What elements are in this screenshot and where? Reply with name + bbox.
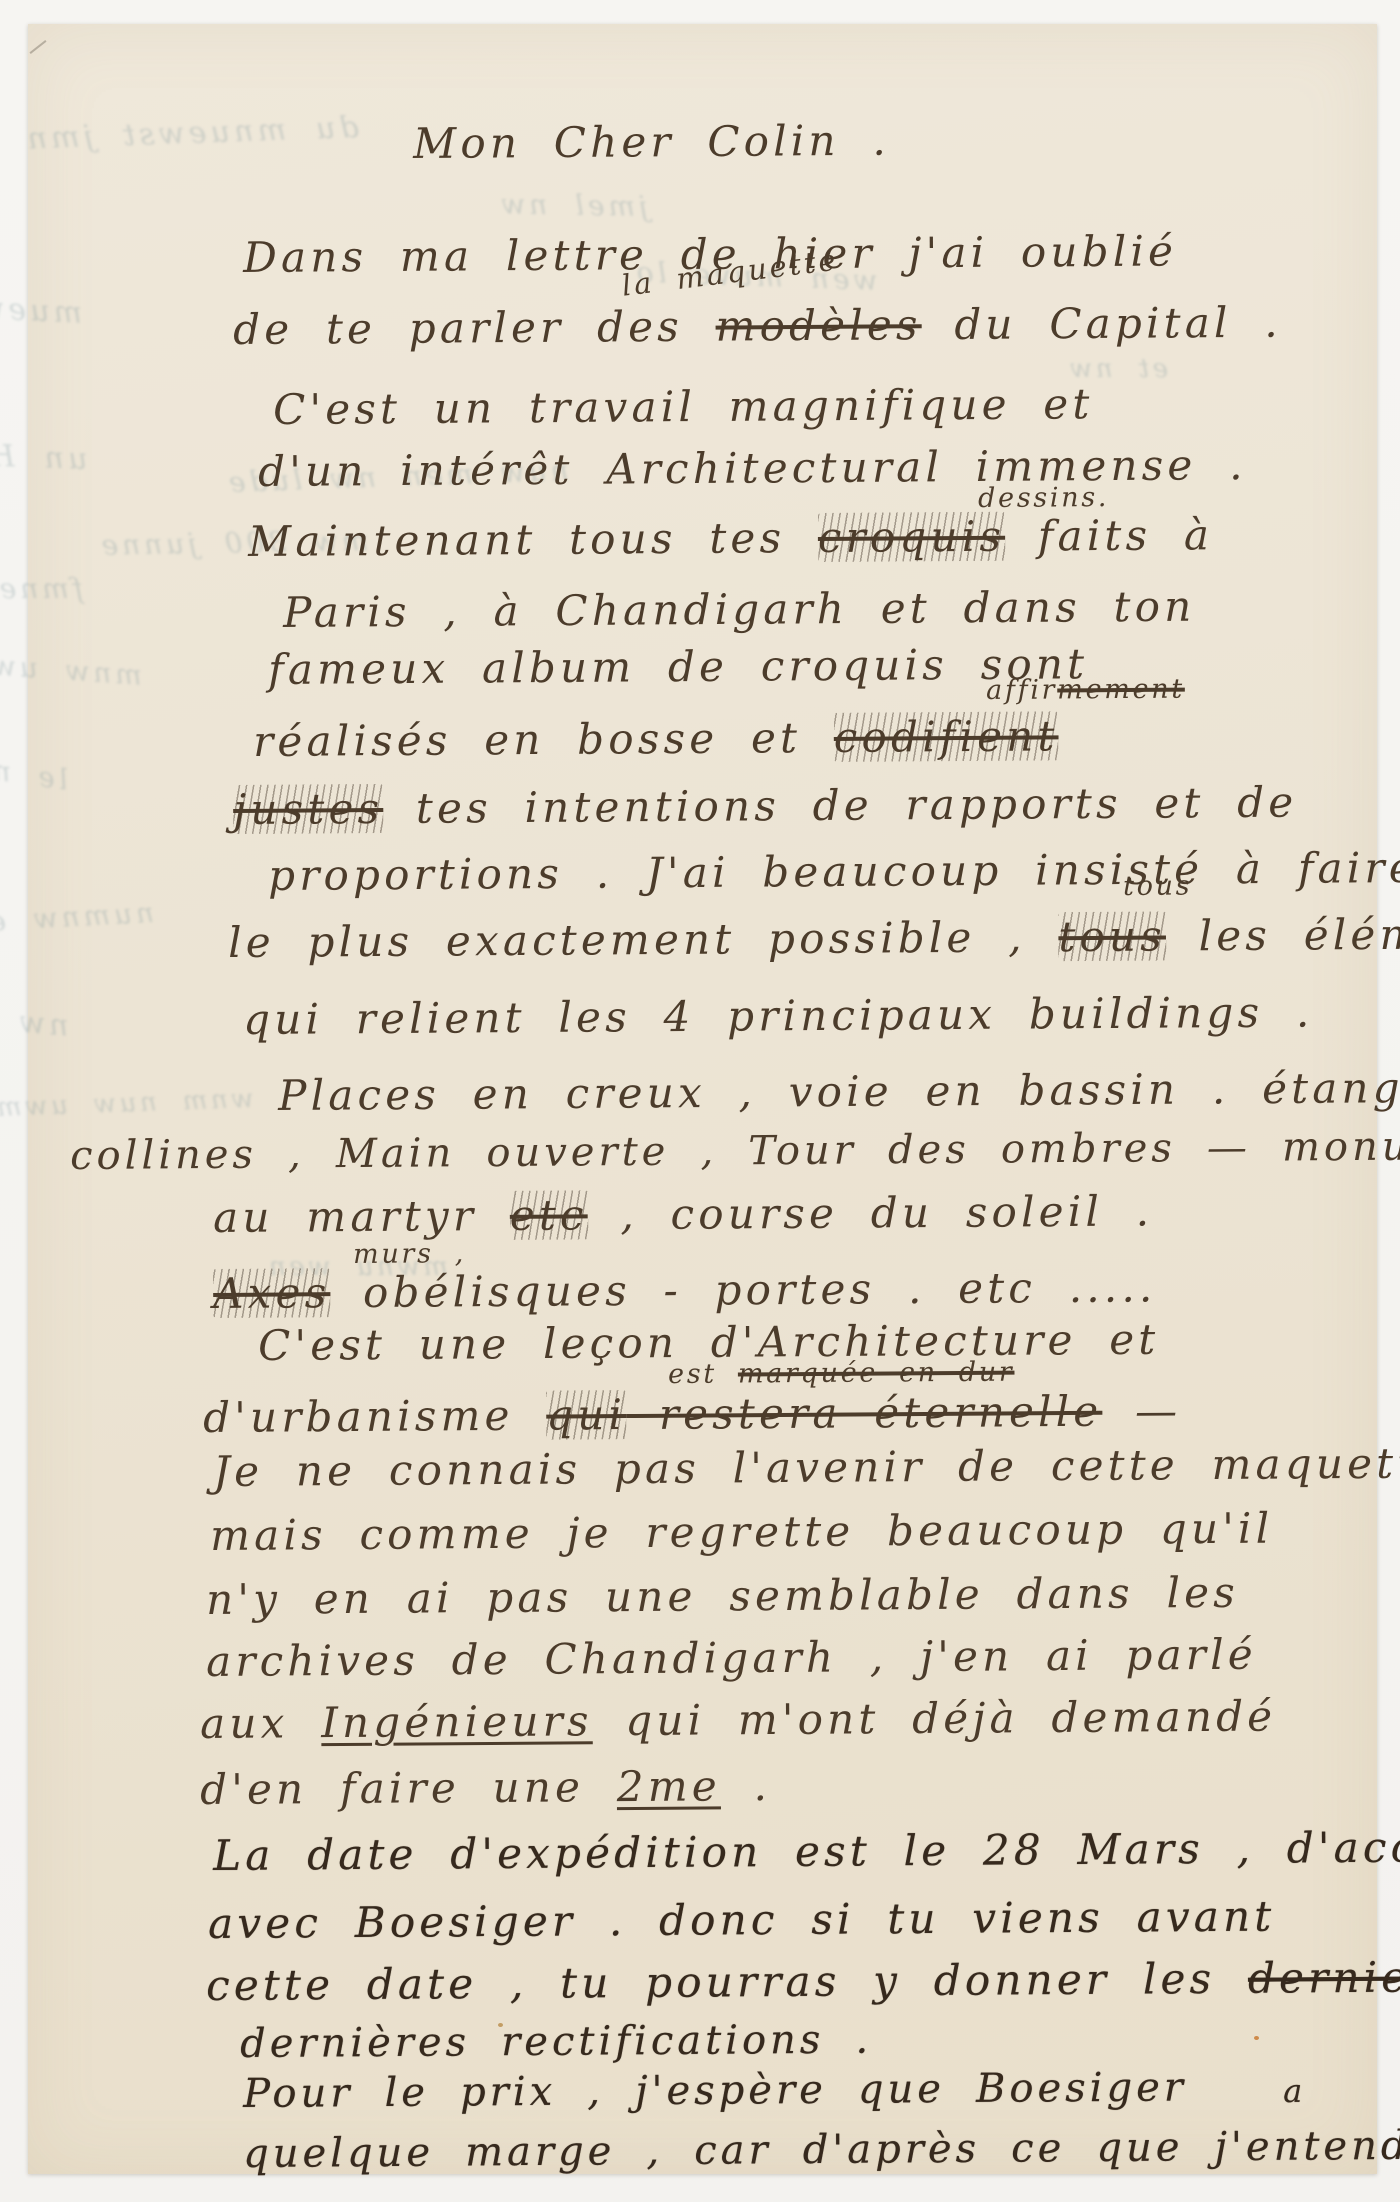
handwriting-text: Places en creux , voie en bassin . étang… [278, 1063, 1400, 1120]
bleedthrough-stroke: numnw en [0, 896, 155, 939]
handwriting-text: — [1102, 1386, 1181, 1436]
handwriting-text: Pour le prix , j'espère que Boesiger [243, 2064, 1187, 2117]
handwriting-text: tous [1123, 871, 1192, 902]
handwriting-text: a [1283, 2072, 1306, 2110]
handwriting-line: archives de Chandigarh , j'en ai parlé [206, 1631, 1257, 1685]
handwriting-line: qui relient les 4 principaux buildings . [243, 989, 1314, 1044]
handwriting-text: mais comme je regrette beaucoup qu'il [210, 1504, 1273, 1560]
handwriting-text: aux [200, 1698, 321, 1748]
handwriting-line: Pour le prix , j'espère que Boesiger [243, 2065, 1187, 2116]
handwriting-line: de te parler des modèles du Capital . [233, 299, 1282, 353]
handwriting-line: d'en faire une 2me . [200, 1762, 771, 1813]
handwriting-text: dessins. [978, 482, 1109, 514]
handwriting-line: mais comme je regrette beaucoup qu'il [210, 1505, 1273, 1559]
bleedthrough-stroke: un Hall de 300 f [0, 429, 88, 477]
handwriting-text: proportions . J'ai beaucoup insisté à fa… [268, 843, 1400, 900]
handwriting-line: avec Boesiger . donc si tu viens avant [208, 1893, 1276, 1947]
handwriting-line: n'y en ai pas une semblable dans les [206, 1569, 1239, 1623]
handwriting-text: dernières rectifications . [240, 2017, 872, 2067]
handwriting-text: tes intentions de rapports et de [383, 778, 1297, 833]
handwriting-text: le plus exactement possible , [228, 912, 1059, 967]
handwriting-line: fameux album de croquis sont [268, 640, 1088, 693]
handwriting-line: quelque marge , car d'après ce que j'ent… [243, 2124, 1400, 2177]
scribbled-text: justes [233, 784, 383, 834]
insertion-tous: tous [1123, 872, 1192, 903]
handwriting-line: Maintenant tous tes croquis faits à [248, 511, 1213, 565]
bleedthrough-stroke: mnw uwen nm [0, 640, 143, 692]
handwriting-text: La date d'expédition est le 28 Mars , d'… [213, 1822, 1400, 1880]
handwriting-text: collines , Main ouverte , Tour des ombre… [70, 1123, 1400, 1179]
handwriting-text: n'y en ai pas une semblable dans les [206, 1568, 1239, 1624]
handwriting-text: est [668, 1359, 738, 1390]
struck-text: mement [1057, 674, 1185, 706]
handwriting-line: justes tes intentions de rapports et de [233, 779, 1298, 833]
handwriting-text: quelque marge , car d'après ce que j'ent… [243, 2123, 1400, 2177]
handwriting-text: C'est un travail magnifique et [273, 379, 1094, 434]
ink-speck [1254, 2036, 1259, 2040]
underlined-text: 2me [617, 1761, 721, 1811]
salutation-line: Mon Cher Colin . [413, 117, 890, 167]
underlined-text: Ingénieurs [321, 1696, 593, 1747]
handwriting-line: au martyr etc , course du soleil . [213, 1187, 1153, 1241]
bleedthrough-stroke: jmel nw [497, 187, 648, 223]
scan-background: { "page": { "background_color": "#f5f4f1… [0, 0, 1400, 2202]
handwriting-line: collines , Main ouverte , Tour des ombre… [70, 1124, 1400, 1179]
letter-page: du mnuewst jmn hush' venirjmel nwwen muv… [28, 24, 1377, 2174]
handwriting-text: réalisés en bosse et [253, 713, 834, 766]
handwriting-line: C'est un travail magnifique et [273, 380, 1094, 433]
insertion-a: a [1283, 2074, 1306, 2110]
bleedthrough-stroke: du mnuewst jmn hush' venir [0, 110, 359, 166]
handwriting-text: archives de Chandigarh , j'en ai parlé [206, 1630, 1257, 1686]
handwriting-text: au martyr [213, 1191, 510, 1242]
handwriting-line: proportions . J'ai beaucoup insisté à fa… [268, 844, 1400, 899]
bleedthrough-stroke: le mw nuun [0, 732, 70, 796]
insertion-murs: murs , [353, 1239, 466, 1270]
handwriting-line: d'urbanisme qui restera éternelle — [203, 1387, 1181, 1441]
handwriting-text: affir [986, 675, 1057, 706]
handwriting-text: qui relient les 4 principaux buildings . [243, 988, 1314, 1044]
handwriting-text: obélisques - portes . etc ..... [330, 1262, 1156, 1317]
bleedthrough-stroke: nw mnuuw nmws [0, 979, 70, 1044]
handwriting-line: Axes obélisques - portes . etc ..... [213, 1263, 1157, 1317]
handwriting-text: les éléments [1166, 909, 1400, 961]
struck-text: marquée en dur [738, 1357, 1015, 1390]
struck-text: modèles [715, 300, 921, 350]
scribbled-text: etc [510, 1190, 588, 1240]
insertion-dessins: dessins. [978, 483, 1109, 514]
handwriting-text: murs , [353, 1238, 466, 1270]
handwriting-line: La date d'expédition est le 28 Mars , d'… [213, 1823, 1400, 1879]
handwriting-line: le plus exactement possible , tous les é… [228, 910, 1400, 966]
insertion-affirmement: affirmement [986, 675, 1185, 707]
handwriting-line: Je ne connais pas l'avenir de cette maqu… [213, 1439, 1400, 1495]
handwriting-text: cette date , tu pourras y donner les [206, 1954, 1248, 2010]
handwriting-text: . [721, 1761, 772, 1810]
handwriting-text: qui m'ont déjà demandé [592, 1691, 1276, 1745]
scribbled-text: codifient [834, 711, 1059, 762]
scribbled-text: tous [1058, 911, 1166, 961]
handwriting-text: faits à [1005, 510, 1213, 560]
handwriting-text: du Capital . [922, 298, 1282, 350]
handwriting-text: Maintenant tous tes [248, 513, 818, 566]
handwriting-line: aux Ingénieurs qui m'ont déjà demandé [200, 1692, 1276, 1747]
handwriting-text: d'urbanisme [203, 1391, 546, 1442]
bleedthrough-stroke: fmne uw [0, 572, 83, 605]
handwriting-line: dernières rectifications . [240, 2018, 872, 2067]
handwriting-line: Places en creux , voie en bassin . étang… [278, 1064, 1400, 1119]
struck-text: restera éternelle [626, 1387, 1103, 1439]
handwriting-text: de te parler des [233, 302, 716, 354]
scribbled-text: qui [546, 1390, 626, 1440]
handwriting-text: , course du soleil . [588, 1186, 1154, 1239]
handwriting-line: Paris , à Chandigarh et dans ton [283, 583, 1196, 636]
handwriting-line: cette date , tu pourras y donner les der… [206, 1953, 1400, 2009]
handwriting-text: fameux album de croquis sont [268, 639, 1088, 694]
handwriting-text: d'en faire une [200, 1762, 617, 1814]
paper-corner-nick [30, 40, 47, 54]
handwriting-text: Je ne connais pas l'avenir de cette maqu… [213, 1438, 1400, 1496]
handwriting-text: avec Boesiger . donc si tu viens avant [208, 1892, 1276, 1948]
scribbled-text: croquis [818, 512, 1006, 562]
insertion-est-marquee: est marquée en dur [668, 1358, 1015, 1391]
bleedthrough-stroke: muew et nw [0, 283, 83, 331]
handwriting-line: réalisés en bosse et codifient [253, 712, 1059, 765]
bleedthrough-stroke: wnm nuw uwm [0, 1084, 254, 1123]
handwriting-text: Paris , à Chandigarh et dans ton [283, 582, 1196, 637]
struck-text: dernier [1248, 1952, 1400, 2002]
scribbled-text: Axes [213, 1268, 331, 1318]
